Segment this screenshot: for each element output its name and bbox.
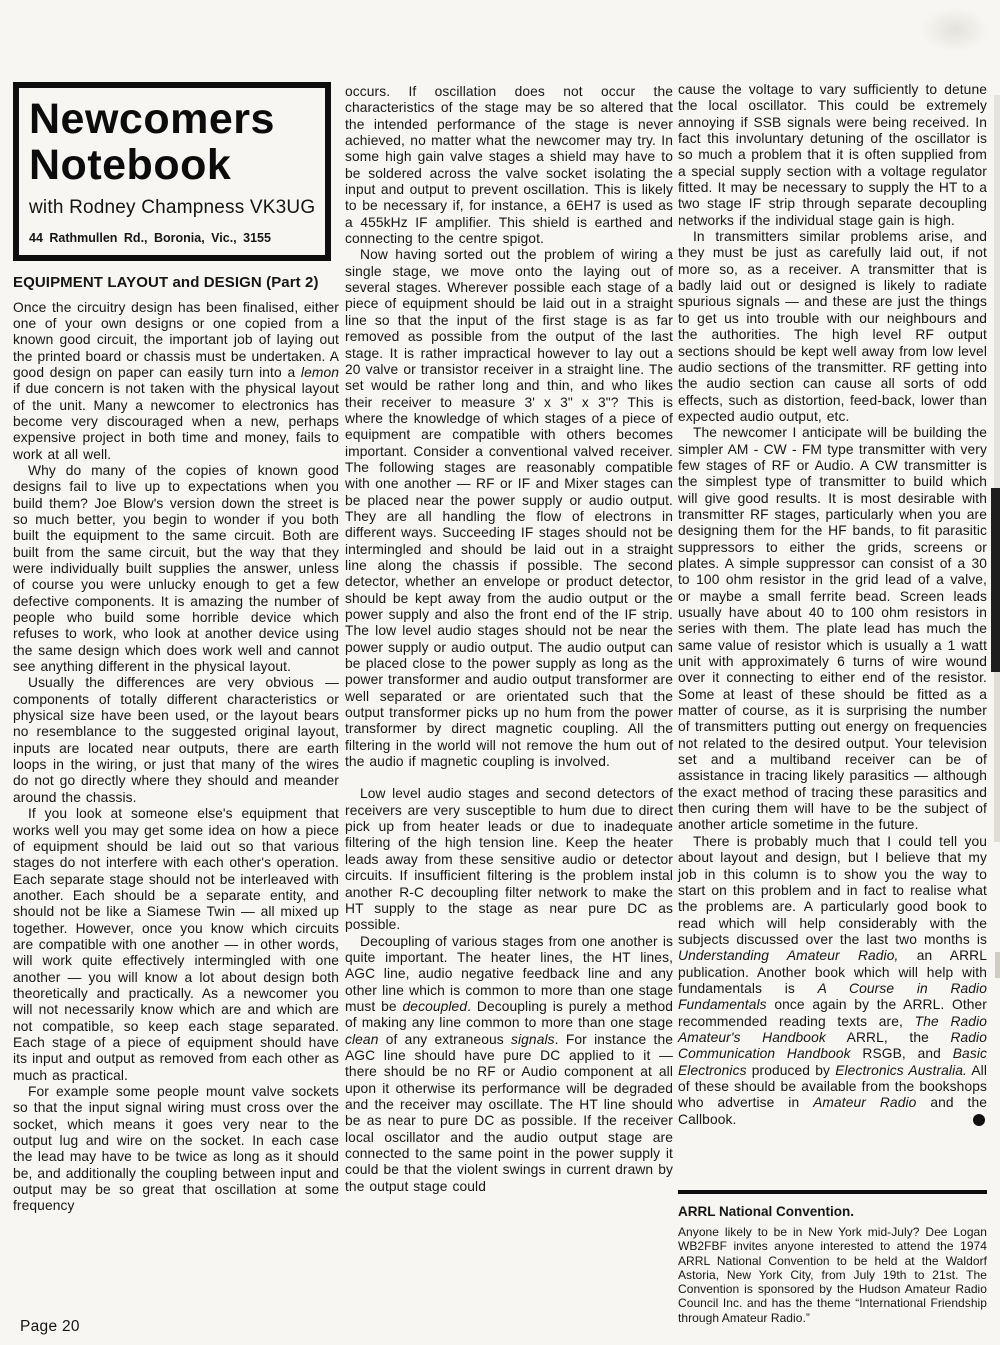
scan-smudge-artifact [910, 0, 1000, 60]
end-of-article-dot [973, 1114, 985, 1126]
paragraph: Why do many of the copies of known good … [13, 463, 339, 675]
author-address: 44 Rathmullen Rd., Boronia, Vic., 3155 [29, 231, 319, 245]
convention-notice: ARRL National Convention. Anyone likely … [678, 1190, 987, 1325]
column-3-text: cause the voltage to vary sufficiently t… [678, 82, 987, 1128]
masthead-box: Newcomers Notebook with Rodney Champness… [13, 82, 331, 261]
paragraph: For example some people mount valve sock… [13, 1084, 339, 1215]
column-title-line1: Newcomers [29, 96, 319, 142]
notice-heading: ARRL National Convention. [678, 1204, 987, 1219]
paragraph: occurs. If oscillation does not occur th… [345, 84, 673, 247]
page-number: Page 20 [20, 1318, 80, 1336]
article-heading: EQUIPMENT LAYOUT and DESIGN (Part 2) [13, 274, 339, 293]
byline: with Rodney Champness VK3UG [29, 197, 319, 219]
paragraph: cause the voltage to vary sufficiently t… [678, 82, 987, 229]
scan-edge-artifact [995, 952, 1000, 978]
column-3: cause the voltage to vary sufficiently t… [678, 82, 987, 1128]
paragraph: Now having sorted out the problem of wir… [345, 247, 673, 770]
column-1-text: Once the circuitry design has been final… [13, 300, 339, 1215]
scan-edge-artifact [991, 488, 1000, 672]
column-2: occurs. If oscillation does not occur th… [345, 84, 673, 1195]
paragraph: Once the circuitry design has been final… [13, 300, 339, 463]
column-title-line2: Notebook [29, 142, 319, 188]
paragraph: Decoupling of various stages from one an… [345, 934, 673, 1196]
paragraph: If you look at someone else's equipment … [13, 806, 339, 1084]
scan-edge-artifact [994, 672, 1000, 842]
magazine-page: Newcomers Notebook with Rodney Champness… [0, 0, 1000, 1345]
column-1: Newcomers Notebook with Rodney Champness… [13, 82, 339, 1215]
paragraph: Low level audio stages and second detect… [345, 786, 673, 933]
scan-edge-artifact [994, 95, 1000, 488]
paragraph: There is probably much that I could tell… [678, 834, 987, 1128]
column-title: Newcomers Notebook [29, 96, 319, 188]
notice-divider-rule [678, 1190, 987, 1194]
notice-body: Anyone likely to be in New York mid-July… [678, 1225, 987, 1325]
paragraph: The newcomer I anticipate will be buildi… [678, 425, 987, 834]
paragraph: In transmitters similar problems arise, … [678, 229, 987, 425]
paragraph: Usually the differences are very obvious… [13, 675, 339, 806]
column-2-text: occurs. If oscillation does not occur th… [345, 84, 673, 1195]
